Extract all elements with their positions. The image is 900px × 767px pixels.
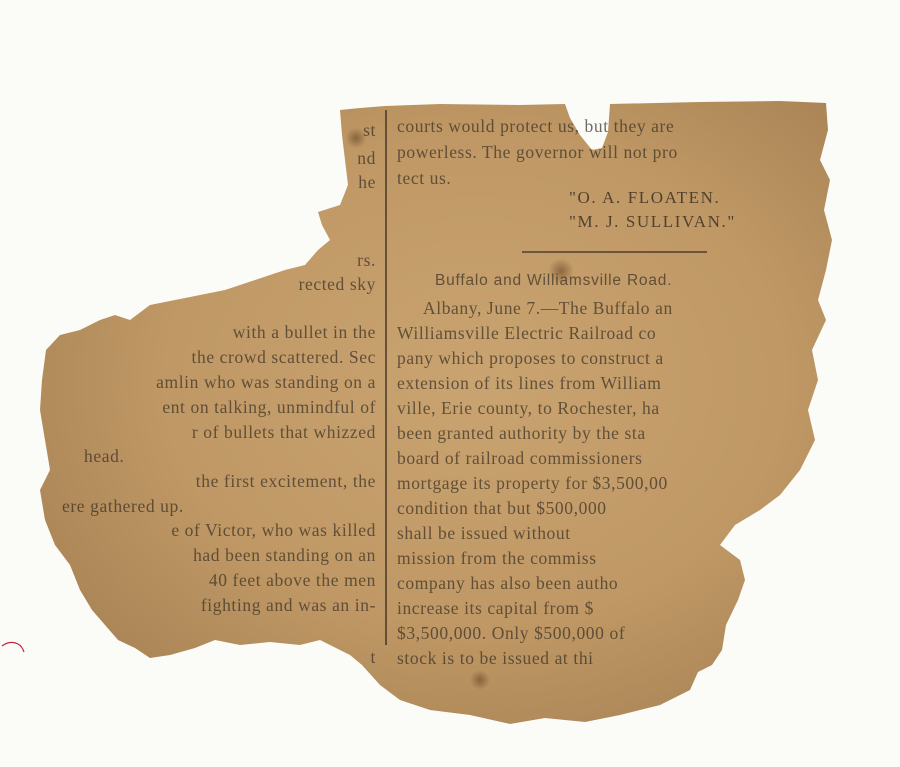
text-line: mission from the commiss xyxy=(397,546,597,570)
text-line: been granted authority by the sta xyxy=(397,421,646,445)
text-line: had been standing on an xyxy=(193,543,376,567)
text-line: the first excitement, the xyxy=(196,469,376,493)
text-line: r of bullets that whizzed xyxy=(192,420,376,444)
text-line: powerless. The governor will not pro xyxy=(397,140,678,164)
text-line: st xyxy=(363,118,376,142)
text-line: t xyxy=(371,645,376,669)
right-column: courts would protect us, but they are po… xyxy=(397,0,827,767)
signature-line: "O. A. FLOATEN. xyxy=(569,188,720,208)
text-line: e of Victor, who was killed xyxy=(171,518,376,542)
text-line: extension of its lines from William xyxy=(397,371,661,395)
signature-line: "M. J. SULLIVAN." xyxy=(569,212,736,232)
pen-mark xyxy=(0,638,30,658)
article-headline: Buffalo and Williamsville Road. xyxy=(435,272,672,290)
text-line: the crowd scattered. Sec xyxy=(192,345,376,369)
text-line: with a bullet in the xyxy=(233,320,376,344)
text-line: head. xyxy=(84,444,124,468)
text-line: board of railroad commissioners xyxy=(397,446,643,470)
left-column: st nd he rs. rected sky with a bullet in… xyxy=(40,0,376,767)
text-line: tect us. xyxy=(397,166,451,190)
text-line: $3,500,000. Only $500,000 of xyxy=(397,621,625,645)
text-line: courts would protect us, but they are xyxy=(397,114,674,138)
text-line: ent on talking, unmindful of xyxy=(162,395,376,419)
text-line: fighting and was an in- xyxy=(201,593,376,617)
text-line: rs. xyxy=(357,248,376,272)
column-divider xyxy=(385,110,387,645)
text-line: mortgage its property for $3,500,00 xyxy=(397,471,668,495)
text-line: increase its capital from $ xyxy=(397,596,594,620)
text-line: Albany, June 7.—The Buffalo an xyxy=(423,296,673,320)
text-line: pany which proposes to construct a xyxy=(397,346,664,370)
text-line: ville, Erie county, to Rochester, ha xyxy=(397,396,660,420)
text-line: stock is to be issued at thi xyxy=(397,646,594,670)
text-line: condition that but $500,000 xyxy=(397,496,607,520)
text-line: ere gathered up. xyxy=(62,494,184,518)
text-line: shall be issued without xyxy=(397,521,571,545)
text-line: company has also been autho xyxy=(397,571,618,595)
text-line: Williamsville Electric Railroad co xyxy=(397,321,656,345)
text-line: he xyxy=(358,170,376,194)
text-line: nd xyxy=(357,146,376,170)
text-line: amlin who was standing on a xyxy=(156,370,376,394)
text-line: rected sky xyxy=(299,272,376,296)
text-line: 40 feet above the men xyxy=(209,568,376,592)
